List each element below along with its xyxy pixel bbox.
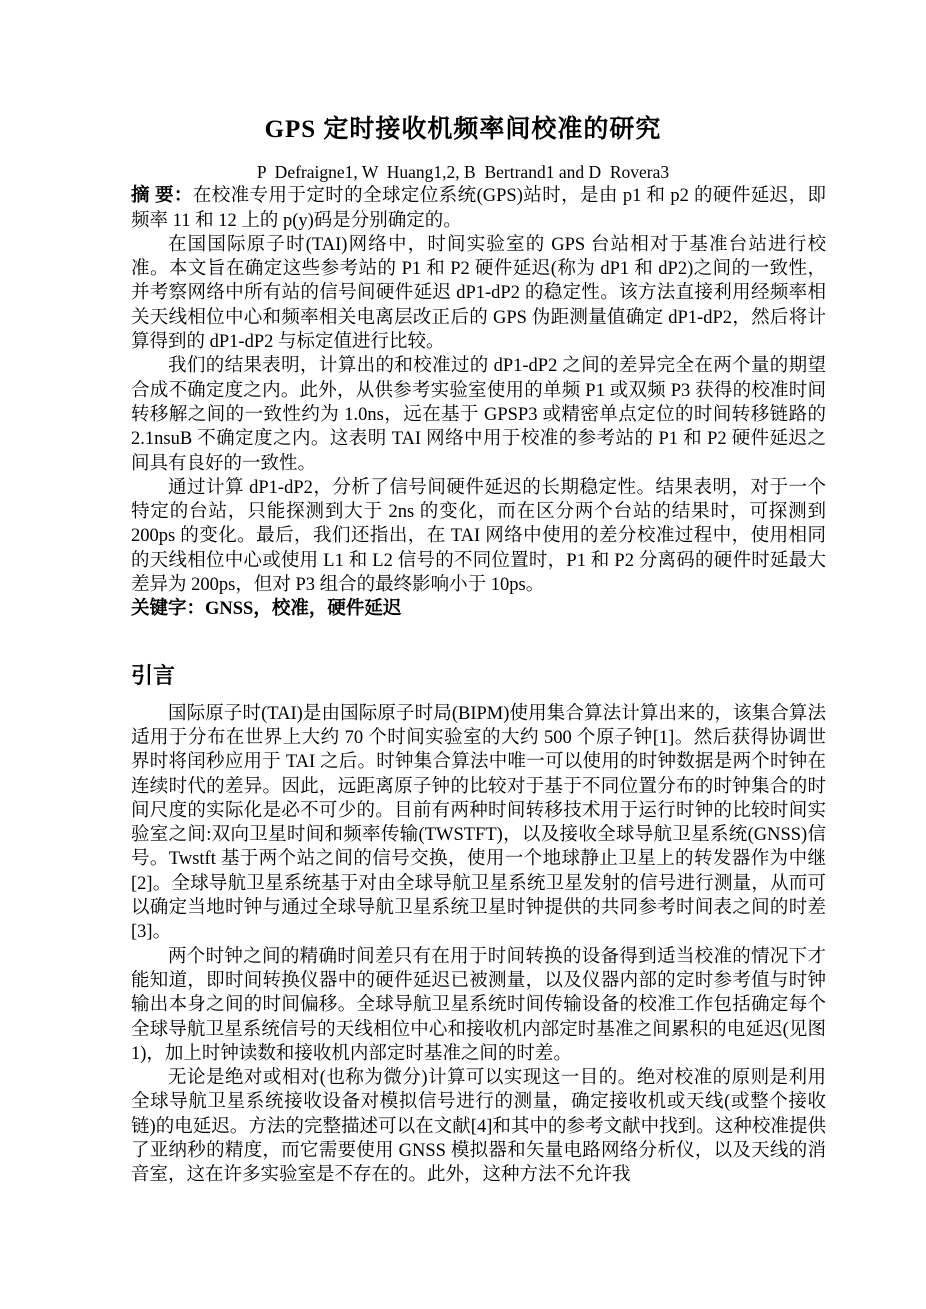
body-paragraph-3: 无论是绝对或相对(也称为微分)计算可以实现这一目的。绝对校准的原则是利用全球导航…	[131, 1066, 826, 1187]
abstract-text-1: 在校准专用于定时的全球定位系统(GPS)站时，是由 p1 和 p2 的硬件延迟，…	[131, 186, 826, 230]
body-paragraph-1: 国际原子时(TAI)是由国际原子时局(BIPM)使用集合算法计算出来的，该集合算…	[131, 702, 826, 945]
keywords-text: GNSS，校准，硬件延迟	[205, 599, 401, 619]
abstract-paragraph-1: 摘 要：在校准专用于定时的全球定位系统(GPS)站时，是由 p1 和 p2 的硬…	[131, 184, 826, 233]
body-paragraph-2: 两个时钟之间的精确时间差只有在用于时间转换的设备得到适当校准的情况下才能知道，即…	[131, 945, 826, 1066]
abstract-label: 摘 要：	[131, 186, 193, 206]
document-page: GPS 定时接收机频率间校准的研究 P Defraigne1, W Huang1…	[0, 0, 926, 1309]
keywords-line: 关键字：GNSS，校准，硬件延迟	[131, 597, 826, 621]
abstract-paragraph-3: 我们的结果表明，计算出的和校准过的 dP1-dP2 之间的差异完全在两个量的期望…	[131, 354, 826, 475]
abstract-paragraph-2: 在国国际原子时(TAI)网络中，时间实验室的 GPS 台站相对于基准台站进行校准…	[131, 233, 826, 354]
keywords-label: 关键字：	[131, 599, 205, 619]
section-heading-introduction: 引言	[131, 662, 826, 690]
document-content: 摘 要：在校准专用于定时的全球定位系统(GPS)站时，是由 p1 和 p2 的硬…	[131, 184, 826, 1187]
author-line: P Defraigne1, W Huang1,2, B Bertrand1 an…	[0, 160, 926, 184]
introduction-section: 国际原子时(TAI)是由国际原子时局(BIPM)使用集合算法计算出来的，该集合算…	[131, 702, 826, 1188]
abstract-paragraph-4: 通过计算 dP1-dP2，分析了信号间硬件延迟的长期稳定性。结果表明，对于一个特…	[131, 476, 826, 597]
paper-title: GPS 定时接收机频率间校准的研究	[0, 112, 926, 148]
